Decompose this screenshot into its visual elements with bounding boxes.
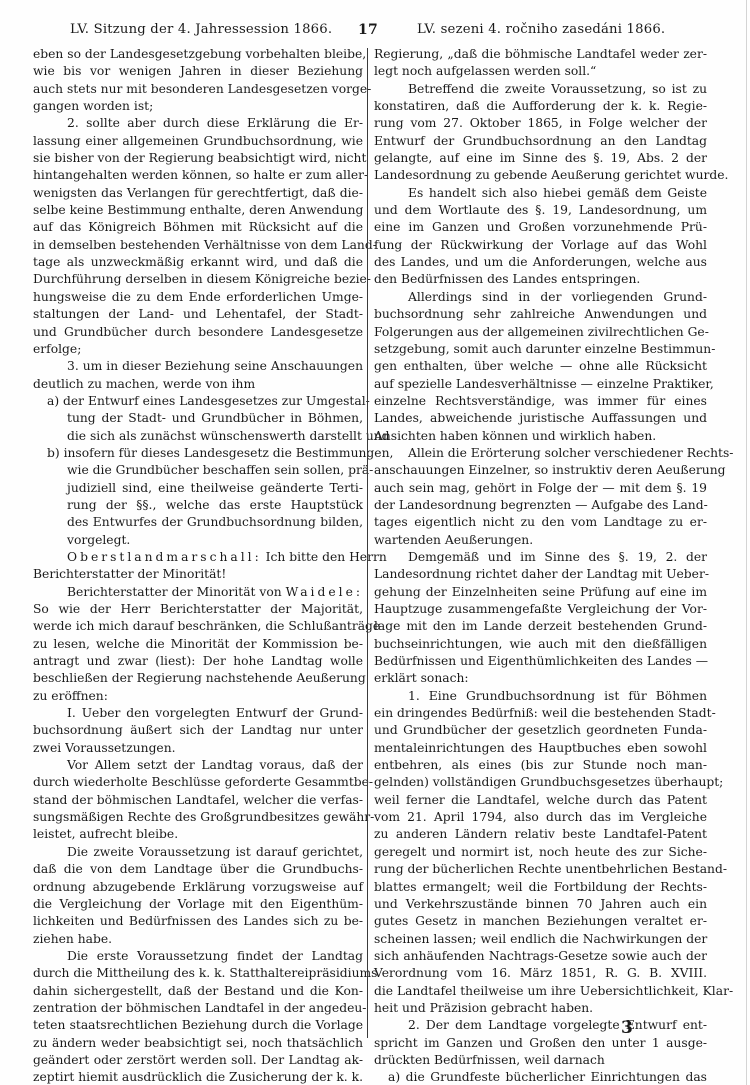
text-line: Landesordnung zu gebende Aeußerung geric… bbox=[374, 167, 707, 184]
text-line: heit und Präzision gebracht haben. bbox=[374, 1000, 707, 1017]
text-line: gehung der Einzelnheiten seine Prüfung a… bbox=[374, 584, 707, 601]
text-line: leistet, aufrecht bleibe. bbox=[33, 826, 363, 843]
text-line: 2. Der dem Landtage vorgelegte Entwurf e… bbox=[374, 1017, 707, 1034]
text-line: rung der bücherlichen Rechte unentbehrli… bbox=[374, 861, 707, 878]
text-line: des Entwurfes der Grundbuchsordnung bild… bbox=[33, 514, 363, 531]
text-line: auf das Königreich Böhmen mit Rücksicht … bbox=[33, 219, 363, 236]
text-line: daß die von dem Landtage über die Grundb… bbox=[33, 861, 363, 878]
text-line: Oberstlandmarschall: Ich bitte den Herrn bbox=[33, 549, 363, 566]
text-line: anschauungen Einzelner, so instruktiv de… bbox=[374, 462, 707, 479]
text-line: Vor Allem setzt der Landtag voraus, daß … bbox=[33, 757, 363, 774]
text-line: Landesordnung richtet daher der Landtag … bbox=[374, 566, 707, 583]
text-line: Allein die Erörterung solcher verschiede… bbox=[374, 445, 707, 462]
text-line: lage mit den im Lande derzeit bestehende… bbox=[374, 618, 707, 635]
text-line: antragt und zwar (liest): Der hohe Landt… bbox=[33, 653, 363, 670]
text-line: hungsweise die zu dem Ende erforderliche… bbox=[33, 289, 363, 306]
text-line: sich anhäufenden Nachtrags-Gesetze sowie… bbox=[374, 948, 707, 965]
text-line: und Verkehrszustände binnen 70 Jahren au… bbox=[374, 896, 707, 913]
text-line: Betreffend die zweite Voraussetzung, so … bbox=[374, 81, 707, 98]
text-line: Hauptzuge zusammengefaßte Vergleichung d… bbox=[374, 601, 707, 618]
text-line: Allerdings sind in der vorliegenden Grun… bbox=[374, 289, 707, 306]
text-line: dahin sichergestellt, daß der Bestand un… bbox=[33, 983, 363, 1000]
text-line: erklärt sonach: bbox=[374, 670, 707, 687]
text-line: 2. sollte aber durch diese Erklärung die… bbox=[33, 115, 363, 132]
page-edge bbox=[746, 0, 747, 1085]
text-line: Verordnung vom 16. März 1851, R. G. B. X… bbox=[374, 965, 707, 982]
text-line: in demselben bestehenden Verhältnisse vo… bbox=[33, 237, 363, 254]
text-line: der Landesordnung begrenzten — Aufgabe d… bbox=[374, 497, 707, 514]
text-line: teten staatsrechtlichen Beziehung durch … bbox=[33, 1017, 363, 1034]
text-line: sie bisher von der Regierung beabsichtig… bbox=[33, 150, 363, 167]
text-line: auch stets nur mit besonderen Landesgese… bbox=[33, 81, 363, 98]
text-line: legt noch aufgelassen werden soll.“ bbox=[374, 63, 707, 80]
text-line: werde ich mich darauf beschränken, die S… bbox=[33, 618, 363, 635]
text-line: tages eigentlich nicht zu den vom Landta… bbox=[374, 514, 707, 531]
text-line: gutes Gesetz in manchen Beziehungen vera… bbox=[374, 913, 707, 930]
text-line: fung der Rückwirkung der Vorlage auf das… bbox=[374, 237, 707, 254]
text-line: durch die Mittheilung des k. k. Statthal… bbox=[33, 965, 363, 982]
text-line: die sich als zunächst wünschenswerth dar… bbox=[33, 428, 363, 445]
text-line: zentration der böhmischen Landtafel in d… bbox=[33, 1000, 363, 1017]
text-line: drückten Bedürfnissen, weil darnach bbox=[374, 1052, 707, 1069]
text-line: buchsordnung äußert sich der Landtag nur… bbox=[33, 722, 363, 739]
text-line: deutlich zu machen, werde von ihm bbox=[33, 376, 363, 393]
text-line: zwei Voraussetzungen. bbox=[33, 740, 363, 757]
text-line: auch sein mag, gehört in Folge der — mit… bbox=[374, 480, 707, 497]
text-line: eine im Ganzen und Großen vorzunehmende … bbox=[374, 219, 707, 236]
text-line: durch wiederholte Beschlüsse geforderte … bbox=[33, 774, 363, 791]
text-line: die Landtafel theilweise um ihre Uebersi… bbox=[374, 983, 707, 1000]
left-column-text: eben so der Landesgesetzgebung vorbehalt… bbox=[33, 46, 363, 1085]
text-line: hintangehalten werden können, so halte e… bbox=[33, 167, 363, 184]
header-czech-title: LV. sezeni 4. ročniho zasedáni 1866. bbox=[417, 22, 665, 42]
text-line: tage als unzweckmäßig erkannt wird, und … bbox=[33, 254, 363, 271]
text-line: Entwurf der Grundbuchsordnung an den Lan… bbox=[374, 133, 707, 150]
text-line: den Bedürfnissen des Landes entspringen. bbox=[374, 271, 707, 288]
text-line: Ansichten haben können und wirklich habe… bbox=[374, 428, 707, 445]
text-line: mentaleinrichtungen des Hauptbuches eben… bbox=[374, 740, 707, 757]
text-line: spricht im Ganzen und Großen den unter 1… bbox=[374, 1035, 707, 1052]
text-line: wie die Grundbücher beschaffen sein soll… bbox=[33, 462, 363, 479]
text-line: Bedürfnissen und Eigenthümlichkeiten des… bbox=[374, 653, 707, 670]
text-line: Folgerungen aus der allgemeinen zivilrec… bbox=[374, 324, 707, 341]
page-number: 17 bbox=[358, 22, 378, 42]
text-line: einzelne Rechtsverständige, was immer fü… bbox=[374, 393, 707, 410]
text-line: buchsordnung sehr zahlreiche Anwendungen… bbox=[374, 306, 707, 323]
text-line: zu lesen, welche die Minorität der Kommi… bbox=[33, 636, 363, 653]
text-line: tung der Stadt- und Grundbücher in Böhme… bbox=[33, 410, 363, 427]
text-line: zeptirt hiemit ausdrücklich die Zusicher… bbox=[33, 1069, 363, 1085]
text-line: die Vergleichung der Vorlage mit den Eig… bbox=[33, 896, 363, 913]
text-line: sungsmäßigen Rechte des Großgrundbesitze… bbox=[33, 809, 363, 826]
column-divider bbox=[367, 48, 368, 1038]
text-line: So wie der Herr Berichterstatter der Maj… bbox=[33, 601, 363, 618]
text-line: gangen worden ist; bbox=[33, 98, 363, 115]
text-line: wenigsten das Verlangen für gerechtferti… bbox=[33, 185, 363, 202]
signature-mark: 3 bbox=[621, 1018, 633, 1038]
document-page: LV. Sitzung der 4. Jahressession 1866. 1… bbox=[0, 0, 750, 1085]
text-line: wie bis vor wenigen Jahren in dieser Bez… bbox=[33, 63, 363, 80]
text-line: gelnden) vollständigen Grundbuchsgesetze… bbox=[374, 774, 707, 791]
text-line: lassung einer allgemeinen Grundbuchsordn… bbox=[33, 133, 363, 150]
text-line: Regierung, „daß die böhmische Landtafel … bbox=[374, 46, 707, 63]
text-line: blattes ermangelt; weil die Fortbildung … bbox=[374, 879, 707, 896]
text-line: zu anderen Ländern relativ beste Landtaf… bbox=[374, 826, 707, 843]
text-line: rung der §§., welche das erste Hauptstüc… bbox=[33, 497, 363, 514]
text-line: erfolge; bbox=[33, 341, 363, 358]
text-line: Berichterstatter der Minorität von Waide… bbox=[33, 584, 363, 601]
text-line: judiziell sind, eine theilweise geändert… bbox=[33, 480, 363, 497]
text-line: und dem Wortlaute des §. 19, Landesordnu… bbox=[374, 202, 707, 219]
text-line: ordnung abzugebende Erklärung vorzugswei… bbox=[33, 879, 363, 896]
text-line: Es handelt sich also hiebei gemäß dem Ge… bbox=[374, 185, 707, 202]
text-line: beschließen der Regierung nachstehende A… bbox=[33, 670, 363, 687]
text-line: eben so der Landesgesetzgebung vorbehalt… bbox=[33, 46, 363, 63]
text-line: I. Ueber den vorgelegten Entwurf der Gru… bbox=[33, 705, 363, 722]
text-line: Durchführung derselben in diesem Königre… bbox=[33, 271, 363, 288]
text-line: gelangte, auf eine im Sinne des §. 19, A… bbox=[374, 150, 707, 167]
text-line: wartenden Aeußerungen. bbox=[374, 532, 707, 549]
right-column-text: Regierung, „daß die böhmische Landtafel … bbox=[374, 46, 707, 1085]
text-line: a) die Grundfeste bücherlicher Einrichtu… bbox=[374, 1069, 707, 1085]
text-line: setzgebung, somit auch darunter einzelne… bbox=[374, 341, 707, 358]
text-line: b) insofern für dieses Landesgesetz die … bbox=[33, 445, 363, 462]
text-line: lichkeiten und Bedürfnissen des Landes s… bbox=[33, 913, 363, 930]
text-line: scheinen lassen; weil endlich die Nachwi… bbox=[374, 931, 707, 948]
header-german-title: LV. Sitzung der 4. Jahressession 1866. bbox=[70, 22, 332, 42]
text-line: und Grundbücher durch besondere Landesge… bbox=[33, 324, 363, 341]
text-line: Landes, abweichende juristische Auffassu… bbox=[374, 410, 707, 427]
text-line: a) der Entwurf eines Landesgesetzes zur … bbox=[33, 393, 363, 410]
text-line: zu eröffnen: bbox=[33, 688, 363, 705]
text-line: weil ferner die Landtafel, welche durch … bbox=[374, 792, 707, 809]
text-line: ein dringendes Bedürfniß: weil die beste… bbox=[374, 705, 707, 722]
text-line: Berichterstatter der Minorität! bbox=[33, 566, 363, 583]
text-line: vom 21. April 1794, also durch das im Ve… bbox=[374, 809, 707, 826]
text-line: ziehen habe. bbox=[33, 931, 363, 948]
text-line: rung vom 27. Oktober 1865, in Folge welc… bbox=[374, 115, 707, 132]
text-line: konstatiren, daß die Aufforderung der k.… bbox=[374, 98, 707, 115]
text-line: entbehren, als eines (bis zur Stunde noc… bbox=[374, 757, 707, 774]
text-line: geändert oder zerstört werden soll. Der … bbox=[33, 1052, 363, 1069]
text-line: 1. Eine Grundbuchsordnung ist für Böhmen bbox=[374, 688, 707, 705]
text-line: 3. um in dieser Beziehung seine Anschauu… bbox=[33, 358, 363, 375]
text-line: gen enthalten, über welche — ohne alle R… bbox=[374, 358, 707, 375]
text-line: selbe keine Bestimmung enthalte, deren A… bbox=[33, 202, 363, 219]
text-line: stand der böhmischen Landtafel, welcher … bbox=[33, 792, 363, 809]
text-line: geregelt und normirt ist, noch heute des… bbox=[374, 844, 707, 861]
text-line: Die erste Voraussetzung findet der Landt… bbox=[33, 948, 363, 965]
text-line: Demgemäß und im Sinne des §. 19, 2. der bbox=[374, 549, 707, 566]
text-line: und Grundbücher der gesetzlich geordnete… bbox=[374, 722, 707, 739]
text-line: staltungen der Land- und Lehentafel, der… bbox=[33, 306, 363, 323]
text-line: zu ändern weder beabsichtigt sei, noch t… bbox=[33, 1035, 363, 1052]
text-line: buchseinrichtungen, wie auch mit den die… bbox=[374, 636, 707, 653]
text-line: auf spezielle Landesverhältnisse — einze… bbox=[374, 376, 707, 393]
text-line: Die zweite Voraussetzung ist darauf geri… bbox=[33, 844, 363, 861]
text-line: des Landes, und um die Anforderungen, we… bbox=[374, 254, 707, 271]
text-line: vorgelegt. bbox=[33, 532, 363, 549]
